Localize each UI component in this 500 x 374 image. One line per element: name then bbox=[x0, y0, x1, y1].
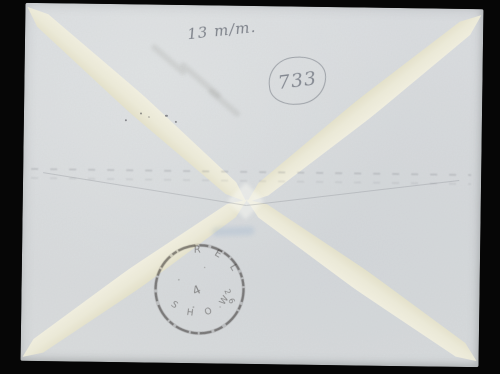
ink-speck bbox=[165, 115, 168, 117]
ink-speck bbox=[140, 112, 142, 114]
postmark-center-mark: 4 bbox=[190, 280, 207, 298]
ink-speck bbox=[148, 117, 150, 118]
ink-speck bbox=[125, 119, 127, 121]
circular-postmark: R E L S H O W 26 4 bbox=[139, 229, 259, 349]
flap-seam-bottom-right bbox=[240, 191, 483, 368]
postmark-upper-text: R E L bbox=[191, 235, 242, 284]
ink-speck bbox=[175, 121, 177, 123]
circled-collector-number: 733 bbox=[266, 53, 330, 108]
envelope-back: 13 m/m. 733 R E L S H O W 26 4 bbox=[21, 3, 484, 367]
ink-speck bbox=[192, 306, 194, 308]
ink-speck bbox=[204, 267, 206, 269]
circled-number-text: 733 bbox=[277, 67, 319, 94]
ink-show-through-smudge bbox=[150, 43, 187, 76]
show-through-marks bbox=[31, 168, 471, 176]
handwritten-pencil-note: 13 m/m. bbox=[186, 18, 257, 43]
photo-canvas: 13 m/m. 733 R E L S H O W 26 4 bbox=[0, 0, 500, 374]
ink-show-through-smudge bbox=[207, 87, 241, 118]
ink-speck bbox=[178, 279, 180, 281]
